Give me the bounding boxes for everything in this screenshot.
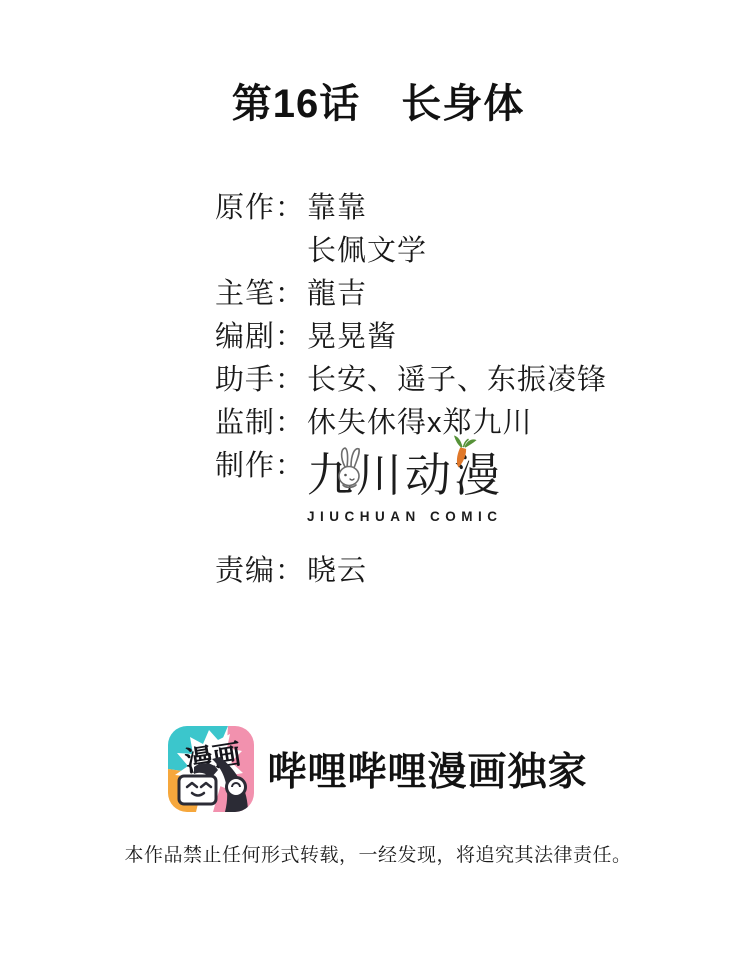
comic-credits-page: 第16话 长身体 原作： 靠靠 长佩文学 主笔： 龍吉 编剧： 晃晃酱 助手： … <box>0 0 756 964</box>
credit-label: 编剧： <box>215 322 307 352</box>
bilibili-manga-app-icon: 漫画 <box>168 726 254 812</box>
credit-value: 长佩文学 <box>307 236 427 266</box>
credit-row-original-source: 长佩文学 <box>215 236 607 266</box>
credit-row-original-author: 原作： 靠靠 <box>215 193 607 223</box>
copyright-disclaimer: 本作品禁止任何形式转载，一经发现，将追究其法律责任。 <box>0 840 756 867</box>
credit-row-assistants: 助手： 长安、遥子、东振凌锋 <box>215 365 607 395</box>
credit-row-editor: 责编： 晓云 <box>215 556 607 586</box>
credits-list: 原作： 靠靠 长佩文学 主笔： 龍吉 编剧： 晃晃酱 助手： 长安、遥子、东振凌… <box>215 193 607 599</box>
credit-label: 主笔： <box>215 279 307 309</box>
credit-value: 长安、遥子、东振凌锋 <box>307 365 607 395</box>
credit-row-lead-artist: 主笔： 龍吉 <box>215 279 607 309</box>
credit-row-production: 制作： 九川动漫 <box>215 451 607 532</box>
credit-value: 晓云 <box>307 556 367 586</box>
credit-label: 助手： <box>215 365 307 395</box>
credit-label: 制作： <box>215 451 307 481</box>
credit-row-supervisor: 监制： 休失休得x郑九川 <box>215 408 607 438</box>
chapter-title: 第16话 长身体 <box>0 72 756 129</box>
studio-logo: 九川动漫 <box>307 451 503 532</box>
studio-logo-name: 九川动漫 <box>307 449 503 501</box>
credit-value: 靠靠 <box>307 193 367 223</box>
exclusive-label: 哔哩哔哩漫画独家 <box>267 741 587 797</box>
credit-label: 监制： <box>215 408 307 438</box>
studio-logo-subtitle: JIUCHUAN COMIC <box>307 502 503 532</box>
credit-label: 责编： <box>215 556 307 586</box>
credit-value: 龍吉 <box>307 279 367 309</box>
credit-value: 晃晃酱 <box>307 322 397 352</box>
credit-value: 休失休得x郑九川 <box>307 408 533 438</box>
credit-label: 原作： <box>215 193 307 223</box>
publisher-banner: 漫画 哔哩哔哩漫画独家 <box>0 726 756 812</box>
credit-row-screenwriter: 编剧： 晃晃酱 <box>215 322 607 352</box>
